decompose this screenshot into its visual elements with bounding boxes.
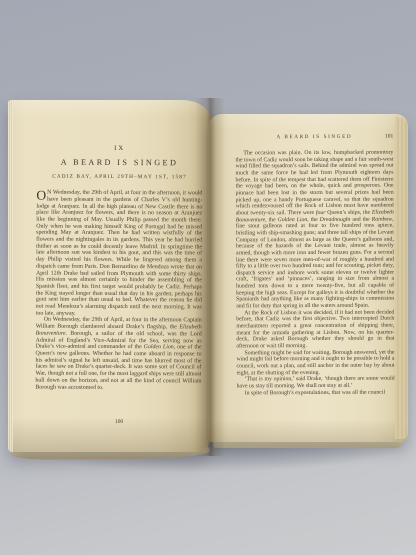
paragraph-text: N Wednesday, the 29th of April, at four … <box>36 190 203 317</box>
chapter-title: A BEARD IS SINGED <box>37 159 203 167</box>
paragraph: ON Wednesday, the 29th of April, at four… <box>36 190 203 318</box>
paragraph: ‘That is my opinion,’ said Drake, ‘thoug… <box>237 376 395 390</box>
paragraph-text: On Wednesday, the 29th of April, at four… <box>35 317 201 390</box>
paragraph-text: In spite of Borough’s expostulations, th… <box>245 389 385 396</box>
photo-background: IX A BEARD IS SINGED CADIZ BAY, APRIL 29… <box>0 0 416 555</box>
right-page-text-block: A BEARD IS SINGED 101 The occasion was p… <box>235 134 394 397</box>
paragraph: In spite of Borough’s expostulations, th… <box>237 389 395 396</box>
right-page-bottom-edges <box>213 441 403 448</box>
paragraph-text: The occasion was plain. On its low, hump… <box>235 150 394 310</box>
paragraph: On Wednesday, the 29th of April, at four… <box>35 317 201 392</box>
left-page-text-block: IX A BEARD IS SINGED CADIZ BAY, APRIL 29… <box>35 146 202 392</box>
chapter-number: IX <box>37 146 203 154</box>
paragraph-text: At the Rock of Lisbon it was decided, if… <box>236 309 394 349</box>
paragraph: The occasion was plain. On its low, hump… <box>235 150 394 311</box>
paragraph-text: Something might be said for waiting, Bor… <box>236 349 394 376</box>
chapter-subtitle: CADIZ BAY, APRIL 29TH–MAY 1ST, 1587 <box>36 174 202 182</box>
paragraph: At the Rock of Lisbon it was decided, if… <box>236 309 394 350</box>
running-header: A BEARD IS SINGED 101 <box>235 134 393 143</box>
right-page-number: 101 <box>385 134 393 141</box>
paragraph: Something might be said for waiting, Bor… <box>236 349 394 376</box>
left-page-number: 100 <box>36 419 202 426</box>
running-header-title: A BEARD IS SINGED <box>235 134 393 141</box>
drop-cap: O <box>36 190 47 202</box>
paragraph-text: ‘That is my opinion,’ said Drake, ‘thoug… <box>237 376 395 389</box>
